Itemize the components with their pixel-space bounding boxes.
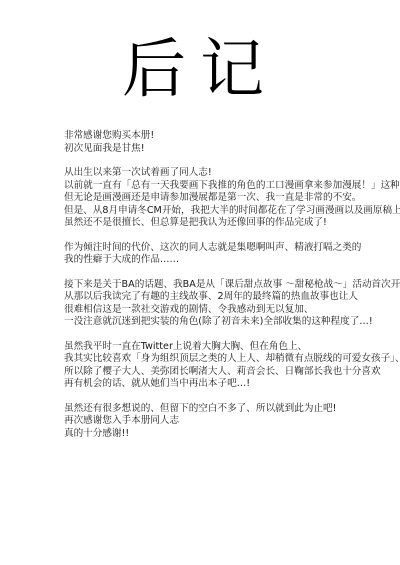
paragraph-greeting: 非常感谢您购买本册! 初次见面我是甘焦! <box>64 130 384 155</box>
text-line: 从出生以来第一次试着画了同人志! <box>64 167 384 180</box>
afterword-body: 非常感谢您购买本册! 初次见面我是甘焦! 从出生以来第一次试着画了同人志! 以前… <box>64 130 384 452</box>
text-line: 所以除了樱子大人、美弥团长啊渚大人、莉音会长、日鞠部长我也十分喜欢 <box>64 366 384 379</box>
text-line: 虽然还不是很擅长、但总算是把我认为还像回事的作品完成了! <box>64 217 384 230</box>
text-line: 但是、从8月申请冬CM开始，我把大半的时间都花在了学习画漫画以及画原稿上、 <box>64 205 384 218</box>
text-line: 我其实比较喜欢「身为组织顶层之类的人上人、却稍微有点脱线的可爱女孩子」、 <box>64 353 384 366</box>
text-line: 真的十分感谢!! <box>64 428 384 441</box>
text-line: 一没注意就沉迷到把实装的角色(除了初音未来)全部收集的这种程度了…! <box>64 316 384 329</box>
text-line: 非常感谢您购买本册! <box>64 130 384 143</box>
text-line: 虽然还有很多想说的、但留下的空白不多了、所以就到此为止吧! <box>64 403 384 416</box>
text-line: 以前就一直有「总有一天我要画下我推的角色的工口漫画拿来参加漫展！」这种想法、 <box>64 180 384 193</box>
paragraph-first-doujinshi: 从出生以来第一次试着画了同人志! 以前就一直有「总有一天我要画下我推的角色的工口… <box>64 167 384 230</box>
text-line: 但无论是画漫画还是申请参加漫展都是第一次、我一直是非常的不安。 <box>64 192 384 205</box>
page-title: 后记 <box>0 30 400 110</box>
paragraph-content: 作为倾注时间的代价、这次的同人志就是集嗯啊叫声、精液打嗝之类的 我的性癖于大成的… <box>64 242 384 267</box>
paragraph-characters: 虽然我平时一直在Twitter上说着大胸大胸、但在角色上、 我其实比较喜欢「身为… <box>64 341 384 391</box>
text-line: 从那以后我读完了有趣的主线故事、2周年的最终篇的热血故事也让人 <box>64 291 384 304</box>
text-line: 初次见面我是甘焦! <box>64 143 384 156</box>
paragraph-ba: 接下来是关于BA的话题、我BA是从「课后甜点故事 〜甜秘枪战〜」活动首次开启时玩… <box>64 279 384 329</box>
text-line: 我的性癖于大成的作品…… <box>64 254 384 267</box>
text-line: 虽然我平时一直在Twitter上说着大胸大胸、但在角色上、 <box>64 341 384 354</box>
paragraph-closing: 虽然还有很多想说的、但留下的空白不多了、所以就到此为止吧! 再次感谢您入手本册同… <box>64 403 384 441</box>
text-line: 作为倾注时间的代价、这次的同人志就是集嗯啊叫声、精液打嗝之类的 <box>64 242 384 255</box>
text-line: 再有机会的话、就从她们当中再出本子吧…! <box>64 378 384 391</box>
text-line: 接下来是关于BA的话题、我BA是从「课后甜点故事 〜甜秘枪战〜」活动首次开启时玩… <box>64 279 384 292</box>
text-line: 再次感谢您入手本册同人志 <box>64 415 384 428</box>
text-line: 很难相信这是一款社交游戏的剧情、令我感动到无以复加、 <box>64 304 384 317</box>
